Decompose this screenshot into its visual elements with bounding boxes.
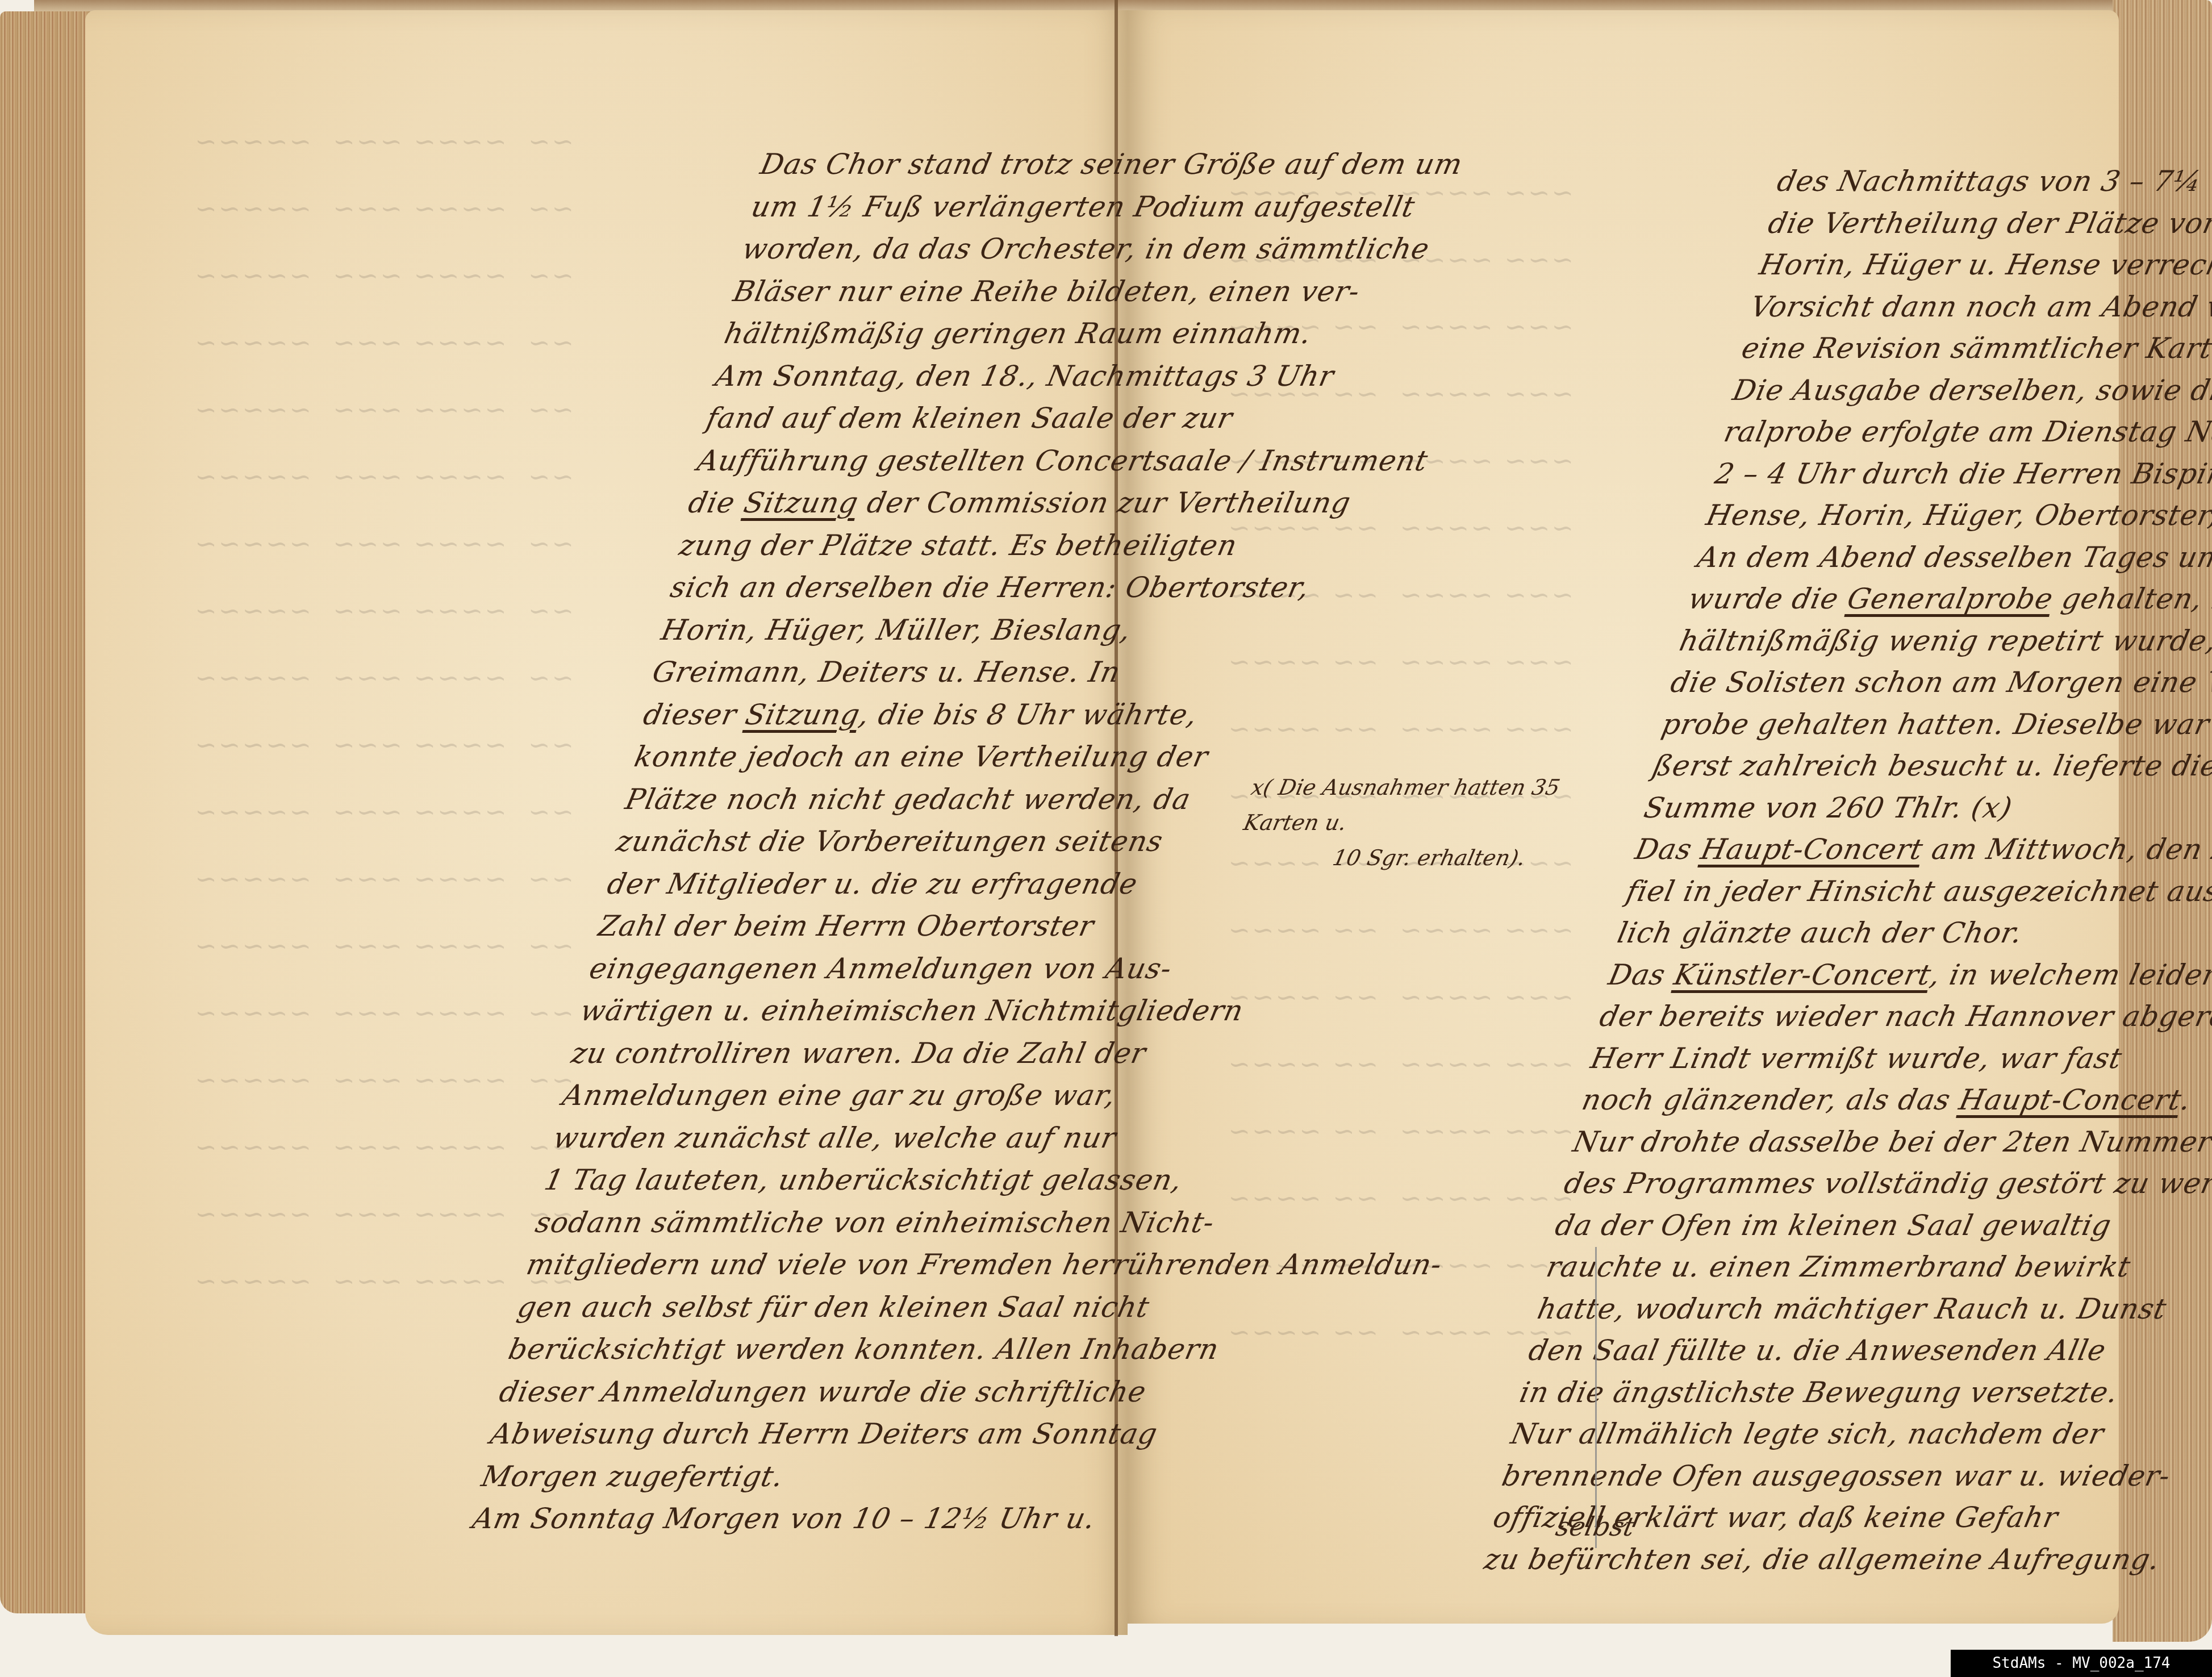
right-page-line: wurde die Generalprobe gehalten, in der … bbox=[1685, 582, 2212, 615]
footnote: x( Die Ausnahmer hatten 35 Karten u. 10 … bbox=[1233, 770, 1574, 875]
right-page-line: die Vertheilung der Plätze vorgenommen. … bbox=[1766, 207, 2212, 240]
left-page-line: hältnißmäßig geringen Raum einnahm. bbox=[721, 317, 1314, 350]
left-page-line: dieser Sitzung, die bis 8 Uhr währte, bbox=[641, 698, 1201, 731]
left-page-line: zu controlliren waren. Da die Zahl der bbox=[569, 1037, 1149, 1070]
underlined-term: Haupt-Concert bbox=[1698, 833, 1926, 866]
left-page-line: um 1½ Fuß verlängerten Podium aufgestell… bbox=[749, 190, 1418, 223]
left-page-line: konnte jedoch an eine Vertheilung der bbox=[632, 740, 1212, 773]
left-page-line: Plätze noch nicht gedacht werden, da bbox=[623, 783, 1194, 816]
book-spread: ~~ ~~~~ ~~~ ~~~~~ ~~ ~~~~ ~~~ ~~~~~ ~~ ~… bbox=[0, 0, 2212, 1677]
right-page-line: eine Revision sämmtlicher Karten. bbox=[1739, 332, 2212, 365]
right-page-line: den Saal füllte u. die Anwesenden Alle bbox=[1526, 1334, 2109, 1367]
left-page-line: Das Chor stand trotz seiner Größe auf de… bbox=[757, 148, 1466, 181]
right-page-line: Nur drohte dasselbe bei der 2ten Nummer bbox=[1570, 1125, 2212, 1158]
archive-label: StdAMs - MV_002a_174 bbox=[1951, 1650, 2212, 1677]
left-page-line: wärtigen u. einheimischen Nichtmitgliede… bbox=[578, 994, 1247, 1027]
right-page-line: in die ängstlichste Bewegung versetzte. bbox=[1517, 1376, 2121, 1409]
left-page-line: Am Sonntag, den 18., Nachmittags 3 Uhr bbox=[712, 360, 1337, 393]
left-page-line: sodann sämmtliche von einheimischen Nich… bbox=[532, 1206, 1217, 1239]
left-page-line: Morgen zugefertigt. bbox=[478, 1460, 786, 1493]
right-page-line: Hense, Horin, Hüger, Obertorster, Recke. bbox=[1703, 499, 2212, 532]
left-page-line: fand auf dem kleinen Saale der zur bbox=[703, 402, 1236, 435]
left-page-line: Bläser nur eine Reihe bildeten, einen ve… bbox=[731, 275, 1363, 308]
right-page-line: lich glänzte auch der Chor. bbox=[1614, 916, 2026, 949]
right-page-line: da der Ofen im kleinen Saal gewaltig bbox=[1552, 1209, 2115, 1242]
left-page-line: Horin, Hüger, Müller, Bieslang, bbox=[658, 614, 1134, 646]
right-page-line: ralprobe erfolgte am Dienstag Nachmittag… bbox=[1721, 415, 2212, 448]
right-page-line: rauchte u. einen Zimmerbrand bewirkt bbox=[1543, 1250, 2134, 1283]
underlined-term: Sitzung bbox=[742, 698, 863, 731]
left-page-line: der Mitglieder u. die zu erfragende bbox=[604, 867, 1141, 900]
left-page-line: 1 Tag lauteten, unberücksichtigt gelasse… bbox=[541, 1163, 1185, 1196]
left-page-line: dieser Anmeldungen wurde die schriftlich… bbox=[496, 1375, 1149, 1408]
bleed-through-left: ~~ ~~~~ ~~~ ~~~~~ ~~ ~~~~ ~~~ ~~~~~ ~~ ~… bbox=[142, 108, 574, 1315]
right-page-line: Das Haupt-Concert am Mittwoch, den 22. bbox=[1632, 833, 2212, 866]
right-page-line: fiel in jeder Hinsicht ausgezeichnet aus… bbox=[1623, 875, 2212, 908]
right-page-line: probe gehalten hatten. Dieselbe war äu- bbox=[1659, 708, 2212, 741]
right-page-line: ßerst zahlreich besucht u. lieferte die bbox=[1650, 749, 2212, 782]
right-page-line: An dem Abend desselben Tages um 6 Uhr ab bbox=[1695, 541, 2212, 574]
left-page-line: Am Sonntag Morgen von 10 – 12½ Uhr u. bbox=[470, 1502, 1099, 1535]
right-page-line: Die Ausgabe derselben, sowie die der Gen… bbox=[1730, 374, 2212, 407]
left-page-line: zunächst die Vorbereitungen seitens bbox=[613, 825, 1166, 858]
right-page-line: Horin, Hüger u. Hense verrechneten zur bbox=[1756, 248, 2212, 281]
right-page-line: brennende Ofen ausgegossen war u. wieder… bbox=[1499, 1459, 2173, 1492]
pencil-margin-bracket bbox=[1595, 1247, 1597, 1548]
left-page-line: sich an derselben die Herren: Obertorste… bbox=[667, 571, 1313, 604]
left-page-line: Greimann, Deiters u. Hense. In bbox=[649, 656, 1123, 689]
page-stack-left bbox=[0, 11, 94, 1613]
left-page-line: wurden zunächst alle, welche auf nur bbox=[550, 1121, 1119, 1154]
underlined-term: Haupt-Concert bbox=[1956, 1083, 2185, 1116]
footnote-line-1: x( Die Ausnahmer hatten 35 Karten u. bbox=[1240, 770, 1573, 840]
right-page-line: hatte, wodurch mächtiger Rauch u. Dunst bbox=[1535, 1292, 2170, 1325]
right-page-line: Das Künstler-Concert, in welchem leider bbox=[1606, 958, 2212, 991]
right-page-line: noch glänzender, als das Haupt-Concert. bbox=[1579, 1083, 2194, 1116]
right-page-line: die Solisten schon am Morgen eine Vor- bbox=[1668, 666, 2212, 699]
right-page-line: 2 – 4 Uhr durch die Herren Bisping, Deit… bbox=[1712, 457, 2212, 490]
left-page-line: zung der Plätze statt. Es betheiligten bbox=[677, 529, 1241, 562]
right-page-line: zu befürchten sei, die allgemeine Aufreg… bbox=[1481, 1543, 2163, 1576]
left-page-line: berücksichtigt werden konnten. Allen Inh… bbox=[506, 1333, 1222, 1366]
left-page-line: worden, da das Orchester, in dem sämmtli… bbox=[740, 232, 1433, 265]
left-page-line: eingegangenen Anmeldungen von Aus- bbox=[586, 952, 1175, 985]
left-page-line: gen auch selbst für den kleinen Saal nic… bbox=[515, 1291, 1153, 1324]
underlined-term: Künstler-Concert bbox=[1671, 958, 1934, 991]
left-page-line: Anmeldungen eine gar zu große war, bbox=[560, 1079, 1119, 1112]
left-page-line: die Sitzung der Commission zur Vertheilu… bbox=[686, 486, 1354, 519]
right-page-line: Herr Lindt vermißt wurde, war fast bbox=[1588, 1042, 2125, 1075]
left-page-line: Abweisung durch Herrn Deiters am Sonntag bbox=[487, 1417, 1161, 1450]
underlined-term: Sitzung bbox=[741, 486, 861, 519]
right-page-line: der bereits wieder nach Hannover abgerei… bbox=[1597, 1000, 2212, 1033]
right-page-line: Summe von 260 Thlr. (x) bbox=[1641, 791, 2015, 824]
right-page-line: Nur allmählich legte sich, nachdem der bbox=[1508, 1417, 2107, 1450]
right-page-line: Vorsicht dann noch am Abend von 4 – 7 Uh… bbox=[1747, 290, 2212, 323]
left-page-line: Zahl der beim Herrn Obertorster bbox=[595, 910, 1097, 942]
left-page-line: Aufführung gestellten Concertsaale / Ins… bbox=[695, 444, 1431, 477]
footnote-line-2: 10 Sgr. erhalten). bbox=[1233, 840, 1558, 875]
left-page-line: mitgliedern und viele von Fremden herrüh… bbox=[524, 1248, 1445, 1281]
right-page-line: hältnißmäßig wenig repetirt wurde, da bbox=[1677, 624, 2212, 657]
right-page-line: des Programmes vollständig gestört zu we… bbox=[1561, 1167, 2212, 1200]
underlined-term: Generalprobe bbox=[1844, 582, 2056, 615]
margin-note: selbst bbox=[1553, 1511, 1638, 1542]
right-page-line: des Nachmittags von 3 – 7¼ Uhr wurde sod… bbox=[1774, 165, 2212, 198]
